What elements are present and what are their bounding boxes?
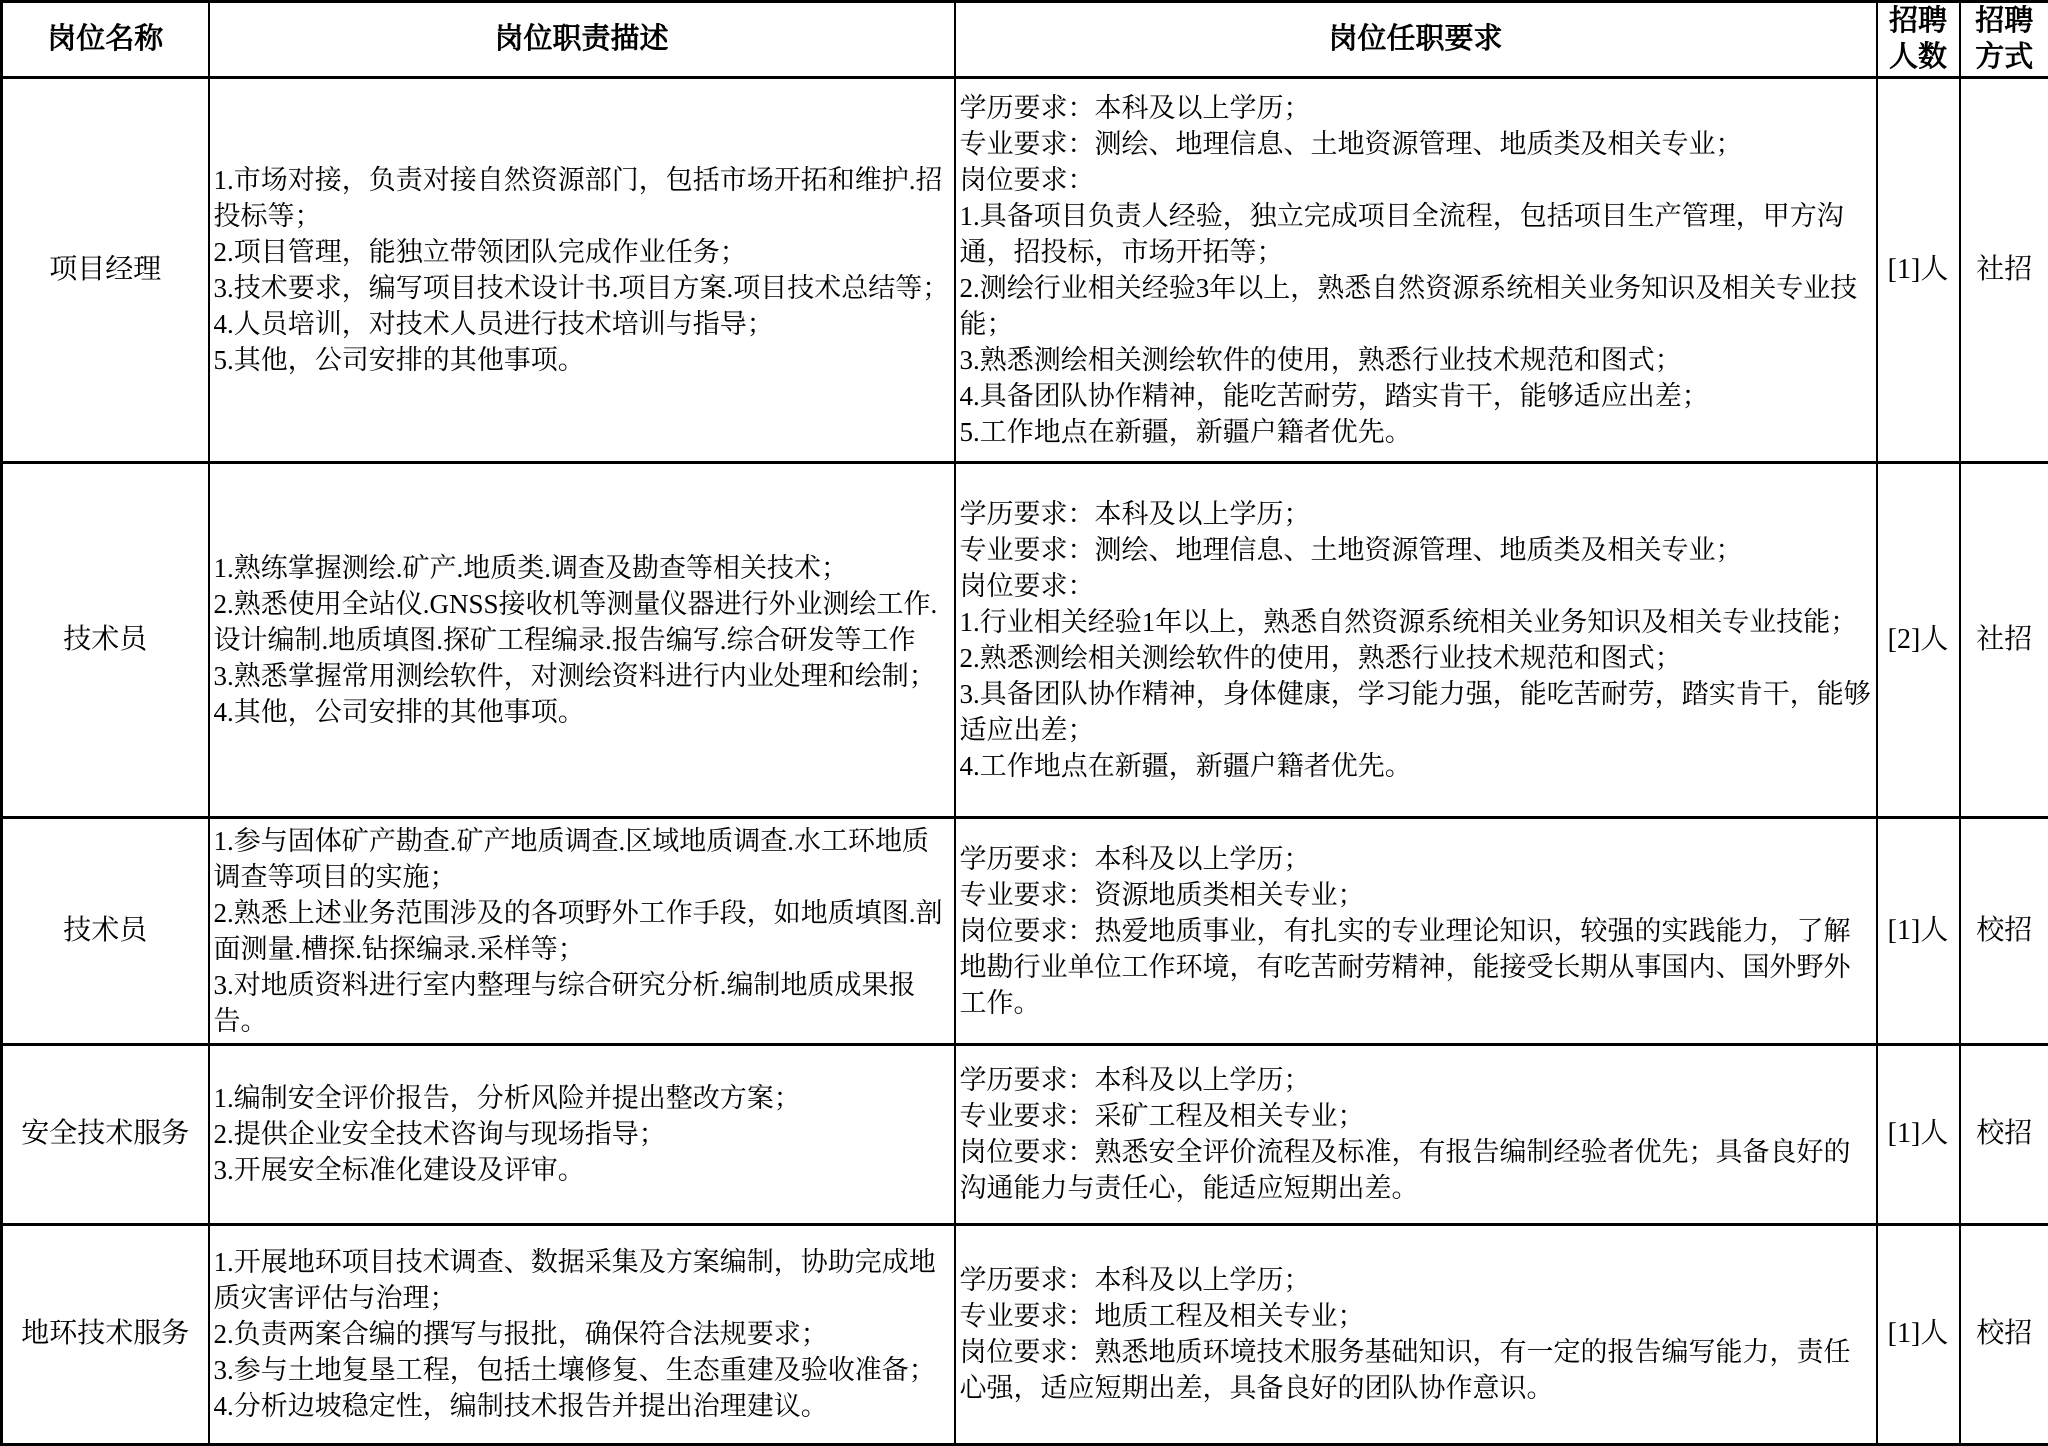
text-line: 专业要求：采矿工程及相关专业；: [960, 1098, 1872, 1134]
text-line: 专业要求：地质工程及相关专业；: [960, 1298, 1872, 1334]
text-line: 2.熟悉使用全站仪.GNSS接收机等测量仪器进行外业测绘工作.设计编制.地质填图…: [214, 586, 950, 658]
text-line: 学历要求：本科及以上学历；: [960, 90, 1872, 126]
headcount-cell: [1]人: [1877, 77, 1960, 462]
text-line: 3.熟悉测绘相关测绘软件的使用，熟悉行业技术规范和图式；: [960, 342, 1872, 378]
text-line: 专业要求：测绘、地理信息、土地资源管理、地质类及相关专业；: [960, 532, 1872, 568]
recruitment-table: 岗位名称 岗位职责描述 岗位任职要求 招聘 人数 招聘 方式 项目经理 1.市场…: [0, 0, 2048, 1446]
table-row: 技术员 1.参与固体矿产勘查.矿产地质调查.区域地质调查.水工环地质调查等项目的…: [2, 817, 2048, 1044]
text-line: 2.熟悉测绘相关测绘软件的使用，熟悉行业技术规范和图式；: [960, 640, 1872, 676]
text-line: 1.熟练掌握测绘.矿产.地质类.调查及勘查等相关技术；: [214, 550, 950, 586]
method-cell: 社招: [1960, 77, 2048, 462]
text-line: 3.技术要求，编写项目技术设计书.项目方案.项目技术总结等；: [214, 270, 950, 306]
text-line: 专业要求：资源地质类相关专业；: [960, 877, 1872, 913]
text-line: 3.对地质资料进行室内整理与综合研究分析.编制地质成果报告。: [214, 967, 950, 1039]
text-line: 岗位要求：熟悉安全评价流程及标准，有报告编制经验者优先；具备良好的沟通能力与责任…: [960, 1134, 1872, 1206]
text-line: 岗位要求：: [960, 162, 1872, 198]
header-method: 招聘 方式: [1960, 2, 2048, 78]
table-row: 安全技术服务 1.编制安全评价报告，分析风险并提出整改方案；2.提供企业安全技术…: [2, 1044, 2048, 1224]
text-line: 学历要求：本科及以上学历；: [960, 1062, 1872, 1098]
table-row: 项目经理 1.市场对接，负责对接自然资源部门，包括市场开拓和维护.招投标等；2.…: [2, 77, 2048, 462]
method-cell: 社招: [1960, 462, 2048, 817]
position-name-cell: 地环技术服务: [2, 1224, 209, 1444]
position-name-cell: 安全技术服务: [2, 1044, 209, 1224]
text-line: 岗位要求：热爱地质事业，有扎实的专业理论知识，较强的实践能力，了解地勘行业单位工…: [960, 913, 1872, 1021]
text-line: 5.工作地点在新疆，新疆户籍者优先。: [960, 414, 1872, 450]
method-cell: 校招: [1960, 1224, 2048, 1444]
text-line: 3.开展安全标准化建设及评审。: [214, 1152, 950, 1188]
text-line: 3.参与土地复垦工程，包括土壤修复、生态重建及验收准备；: [214, 1352, 950, 1388]
text-line: 1.开展地环项目技术调查、数据采集及方案编制，协助完成地质灾害评估与治理；: [214, 1244, 950, 1316]
text-line: 2.熟悉上述业务范围涉及的各项野外工作手段，如地质填图.剖面测量.槽探.钻探编录…: [214, 895, 950, 967]
requirements-cell: 学历要求：本科及以上学历；专业要求：采矿工程及相关专业；岗位要求：熟悉安全评价流…: [955, 1044, 1877, 1224]
text-line: 4.其他，公司安排的其他事项。: [214, 694, 950, 730]
text-line: 专业要求：测绘、地理信息、土地资源管理、地质类及相关专业；: [960, 126, 1872, 162]
header-position: 岗位名称: [2, 2, 209, 78]
text-line: 学历要求：本科及以上学历；: [960, 1262, 1872, 1298]
method-cell: 校招: [1960, 817, 2048, 1044]
text-line: 4.具备团队协作精神，能吃苦耐劳，踏实肯干，能够适应出差；: [960, 378, 1872, 414]
text-line: 5.其他，公司安排的其他事项。: [214, 342, 950, 378]
duties-cell: 1.编制安全评价报告，分析风险并提出整改方案；2.提供企业安全技术咨询与现场指导…: [209, 1044, 955, 1224]
text-line: 3.熟悉掌握常用测绘软件，对测绘资料进行内业处理和绘制；: [214, 658, 950, 694]
text-line: 岗位要求：: [960, 568, 1872, 604]
duties-cell: 1.熟练掌握测绘.矿产.地质类.调查及勘查等相关技术；2.熟悉使用全站仪.GNS…: [209, 462, 955, 817]
header-row: 岗位名称 岗位职责描述 岗位任职要求 招聘 人数 招聘 方式: [2, 2, 2048, 78]
headcount-cell: [1]人: [1877, 1224, 1960, 1444]
text-line: 2.项目管理，能独立带领团队完成作业任务；: [214, 234, 950, 270]
headcount-cell: [2]人: [1877, 462, 1960, 817]
requirements-cell: 学历要求：本科及以上学历；专业要求：测绘、地理信息、土地资源管理、地质类及相关专…: [955, 77, 1877, 462]
headcount-cell: [1]人: [1877, 1044, 1960, 1224]
table-row: 技术员 1.熟练掌握测绘.矿产.地质类.调查及勘查等相关技术；2.熟悉使用全站仪…: [2, 462, 2048, 817]
text-line: 3.具备团队协作精神，身体健康，学习能力强，能吃苦耐劳，踏实肯干，能够适应出差；: [960, 676, 1872, 748]
method-cell: 校招: [1960, 1044, 2048, 1224]
text-line: 2.提供企业安全技术咨询与现场指导；: [214, 1116, 950, 1152]
text-line: 1.行业相关经验1年以上，熟悉自然资源系统相关业务知识及相关专业技能；: [960, 604, 1872, 640]
text-line: 1.市场对接，负责对接自然资源部门，包括市场开拓和维护.招投标等；: [214, 162, 950, 234]
text-line: 学历要求：本科及以上学历；: [960, 496, 1872, 532]
text-line: 1.具备项目负责人经验，独立完成项目全流程，包括项目生产管理，甲方沟通，招投标，…: [960, 198, 1872, 270]
duties-cell: 1.参与固体矿产勘查.矿产地质调查.区域地质调查.水工环地质调查等项目的实施；2…: [209, 817, 955, 1044]
text-line: 4.工作地点在新疆，新疆户籍者优先。: [960, 748, 1872, 784]
duties-cell: 1.开展地环项目技术调查、数据采集及方案编制，协助完成地质灾害评估与治理；2.负…: [209, 1224, 955, 1444]
duties-cell: 1.市场对接，负责对接自然资源部门，包括市场开拓和维护.招投标等；2.项目管理，…: [209, 77, 955, 462]
header-requirements: 岗位任职要求: [955, 2, 1877, 78]
position-name-cell: 技术员: [2, 817, 209, 1044]
headcount-cell: [1]人: [1877, 817, 1960, 1044]
header-duties: 岗位职责描述: [209, 2, 955, 78]
text-line: 4.人员培训，对技术人员进行技术培训与指导；: [214, 306, 950, 342]
text-line: 1.编制安全评价报告，分析风险并提出整改方案；: [214, 1080, 950, 1116]
text-line: 2.负责两案合编的撰写与报批，确保符合法规要求；: [214, 1316, 950, 1352]
position-name-cell: 项目经理: [2, 77, 209, 462]
header-headcount: 招聘 人数: [1877, 2, 1960, 78]
table-header: 岗位名称 岗位职责描述 岗位任职要求 招聘 人数 招聘 方式: [2, 2, 2048, 78]
text-line: 2.测绘行业相关经验3年以上，熟悉自然资源系统相关业务知识及相关专业技能；: [960, 270, 1872, 342]
table-row: 地环技术服务 1.开展地环项目技术调查、数据采集及方案编制，协助完成地质灾害评估…: [2, 1224, 2048, 1444]
requirements-cell: 学历要求：本科及以上学历；专业要求：资源地质类相关专业；岗位要求：热爱地质事业，…: [955, 817, 1877, 1044]
text-line: 学历要求：本科及以上学历；: [960, 841, 1872, 877]
text-line: 4.分析边坡稳定性，编制技术报告并提出治理建议。: [214, 1388, 950, 1424]
requirements-cell: 学历要求：本科及以上学历；专业要求：地质工程及相关专业；岗位要求：熟悉地质环境技…: [955, 1224, 1877, 1444]
position-name-cell: 技术员: [2, 462, 209, 817]
table-body: 项目经理 1.市场对接，负责对接自然资源部门，包括市场开拓和维护.招投标等；2.…: [2, 77, 2048, 1444]
requirements-cell: 学历要求：本科及以上学历；专业要求：测绘、地理信息、土地资源管理、地质类及相关专…: [955, 462, 1877, 817]
text-line: 1.参与固体矿产勘查.矿产地质调查.区域地质调查.水工环地质调查等项目的实施；: [214, 823, 950, 895]
text-line: 岗位要求：熟悉地质环境技术服务基础知识，有一定的报告编写能力，责任心强，适应短期…: [960, 1334, 1872, 1406]
